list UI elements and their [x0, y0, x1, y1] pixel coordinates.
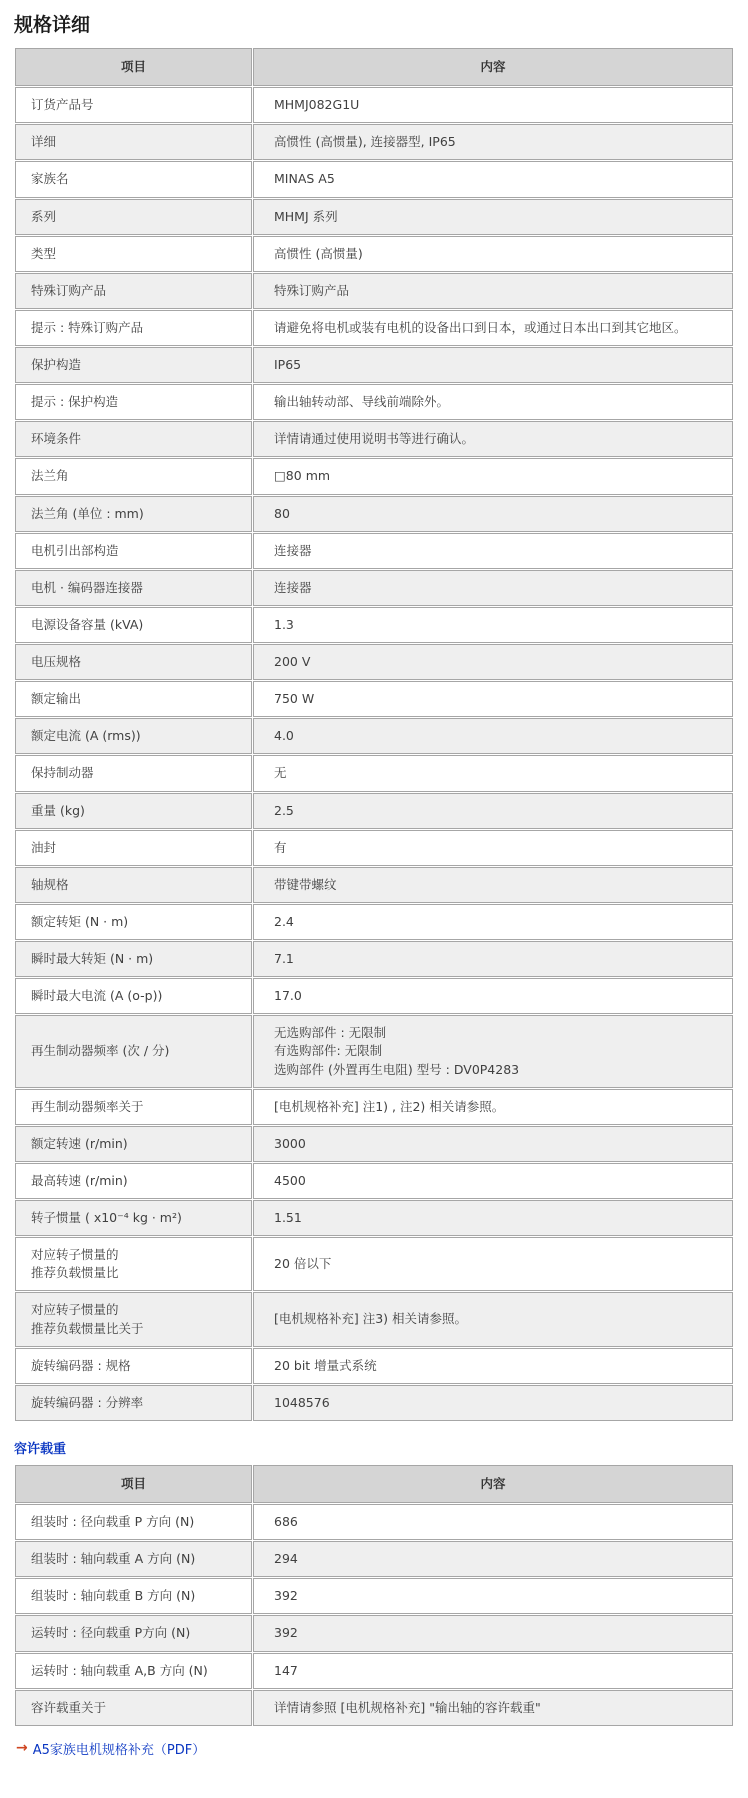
table-row: 订货产品号MHMJ082G1U	[15, 87, 733, 123]
content-value: 686	[253, 1504, 733, 1540]
content-value: 7.1	[253, 941, 733, 977]
item-label: 法兰角 (单位 : mm)	[15, 496, 252, 532]
table-row: 对应转子惯量的推荐负载惯量比关于[电机规格补充] 注3) 相关请参照。	[15, 1292, 733, 1346]
allowable-load-heading: 容许载重	[14, 1438, 734, 1457]
content-value: 高惯性 (高惯量), 连接器型, IP65	[253, 124, 733, 160]
item-label: 旋转编码器 : 分辨率	[15, 1385, 252, 1421]
content-value: 4500	[253, 1163, 733, 1199]
item-label: 转子惯量 ( x10⁻⁴ kg · m²)	[15, 1200, 252, 1236]
item-label: 容许载重关于	[15, 1690, 252, 1726]
content-value: 750 W	[253, 681, 733, 717]
item-label: 家族名	[15, 161, 252, 197]
item-label: 订货产品号	[15, 87, 252, 123]
content-value: 连接器	[253, 533, 733, 569]
content-value: 无	[253, 755, 733, 791]
content-value: 2.5	[253, 793, 733, 829]
table-header-row: 项目 内容	[15, 1465, 733, 1503]
table-row: 提示 : 保护构造输出轴转动部、导线前端除外。	[15, 384, 733, 420]
column-header-content: 内容	[253, 1465, 733, 1503]
content-value: 392	[253, 1615, 733, 1651]
item-label: 再生制动器频率关于	[15, 1089, 252, 1125]
content-value: 详情请通过使用说明书等进行确认。	[253, 421, 733, 457]
item-label: 组装时 : 径向载重 P 方向 (N)	[15, 1504, 252, 1540]
item-label: 电机引出部构造	[15, 533, 252, 569]
item-label: 最高转速 (r/min)	[15, 1163, 252, 1199]
table-row: 电机 · 编码器连接器连接器	[15, 570, 733, 606]
content-value: □80 mm	[253, 458, 733, 494]
item-label: 瞬时最大转矩 (N · m)	[15, 941, 252, 977]
content-value: 17.0	[253, 978, 733, 1014]
item-label: 运转时 : 轴向载重 A,B 方向 (N)	[15, 1653, 252, 1689]
table-row: 组装时 : 轴向载重 B 方向 (N)392	[15, 1578, 733, 1614]
content-value: 请避免将电机或装有电机的设备出口到日本，或通过日本出口到其它地区。	[253, 310, 733, 346]
table-row: 类型高惯性 (高惯量)	[15, 236, 733, 272]
table-row: 保持制动器无	[15, 755, 733, 791]
allowable-load-table: 项目 内容 组装时 : 径向载重 P 方向 (N)686组装时 : 轴向载重 A…	[14, 1464, 734, 1727]
table-row: 再生制动器频率关于[电机规格补充] 注1) , 注2) 相关请参照。	[15, 1089, 733, 1125]
table-row: 最高转速 (r/min)4500	[15, 1163, 733, 1199]
content-value: [电机规格补充] 注1) , 注2) 相关请参照。	[253, 1089, 733, 1125]
item-label: 额定电流 (A (rms))	[15, 718, 252, 754]
table-row: 瞬时最大电流 (A (o-p))17.0	[15, 978, 733, 1014]
table-row: 电压规格200 V	[15, 644, 733, 680]
content-value: 20 倍以下	[253, 1237, 733, 1291]
a5-family-spec-pdf-link[interactable]: A5家族电机规格补充（PDF）	[33, 1739, 206, 1758]
content-value: 带键带螺纹	[253, 867, 733, 903]
content-value: MINAS A5	[253, 161, 733, 197]
table-header-row: 项目 内容	[15, 48, 733, 86]
content-value: 特殊订购产品	[253, 273, 733, 309]
content-value: 1.3	[253, 607, 733, 643]
item-label: 对应转子惯量的推荐负载惯量比关于	[15, 1292, 252, 1346]
table-row: 轴规格带键带螺纹	[15, 867, 733, 903]
table-row: 转子惯量 ( x10⁻⁴ kg · m²)1.51	[15, 1200, 733, 1236]
table-row: 组装时 : 径向载重 P 方向 (N)686	[15, 1504, 733, 1540]
table-row: 瞬时最大转矩 (N · m)7.1	[15, 941, 733, 977]
content-value: 80	[253, 496, 733, 532]
content-value: 1.51	[253, 1200, 733, 1236]
item-label: 法兰角	[15, 458, 252, 494]
table-row: 详细高惯性 (高惯量), 连接器型, IP65	[15, 124, 733, 160]
table-row: 再生制动器频率 (次 / 分)无选购部件 : 无限制有选购部件: 无限制选购部件…	[15, 1015, 733, 1087]
table-row: 家族名MINAS A5	[15, 161, 733, 197]
table-row: 保护构造IP65	[15, 347, 733, 383]
content-value: IP65	[253, 347, 733, 383]
content-value: MHMJ 系列	[253, 199, 733, 235]
page-title: 规格详细	[14, 10, 734, 37]
item-label: 轴规格	[15, 867, 252, 903]
item-label: 电源设备容量 (kVA)	[15, 607, 252, 643]
content-value: 输出轴转动部、导线前端除外。	[253, 384, 733, 420]
content-value: 4.0	[253, 718, 733, 754]
item-label: 保护构造	[15, 347, 252, 383]
arrow-right-icon: →	[16, 1740, 28, 1756]
table-row: 电机引出部构造连接器	[15, 533, 733, 569]
column-header-content: 内容	[253, 48, 733, 86]
item-label: 瞬时最大电流 (A (o-p))	[15, 978, 252, 1014]
item-label: 组装时 : 轴向载重 B 方向 (N)	[15, 1578, 252, 1614]
table-row: 对应转子惯量的推荐负载惯量比20 倍以下	[15, 1237, 733, 1291]
table-row: 运转时 : 径向载重 P方向 (N)392	[15, 1615, 733, 1651]
table-row: 额定电流 (A (rms))4.0	[15, 718, 733, 754]
content-value: [电机规格补充] 注3) 相关请参照。	[253, 1292, 733, 1346]
pdf-link-row: → A5家族电机规格补充（PDF）	[16, 1739, 734, 1758]
table-row: 重量 (kg)2.5	[15, 793, 733, 829]
table-row: 额定转矩 (N · m)2.4	[15, 904, 733, 940]
item-label: 特殊订购产品	[15, 273, 252, 309]
content-value: 294	[253, 1541, 733, 1577]
content-value: 392	[253, 1578, 733, 1614]
item-label: 重量 (kg)	[15, 793, 252, 829]
item-label: 再生制动器频率 (次 / 分)	[15, 1015, 252, 1087]
table-row: 电源设备容量 (kVA)1.3	[15, 607, 733, 643]
item-label: 提示 : 特殊订购产品	[15, 310, 252, 346]
item-label: 对应转子惯量的推荐负载惯量比	[15, 1237, 252, 1291]
item-label: 类型	[15, 236, 252, 272]
content-value: 高惯性 (高惯量)	[253, 236, 733, 272]
table-row: 额定输出750 W	[15, 681, 733, 717]
spec-detail-table: 项目 内容 订货产品号MHMJ082G1U详细高惯性 (高惯量), 连接器型, …	[14, 47, 734, 1422]
item-label: 运转时 : 径向载重 P方向 (N)	[15, 1615, 252, 1651]
column-header-item: 项目	[15, 48, 252, 86]
item-label: 详细	[15, 124, 252, 160]
content-value: 20 bit 增量式系统	[253, 1348, 733, 1384]
content-value: 无选购部件 : 无限制有选购部件: 无限制选购部件 (外置再生电阻) 型号 : …	[253, 1015, 733, 1087]
table-row: 法兰角□80 mm	[15, 458, 733, 494]
item-label: 额定转速 (r/min)	[15, 1126, 252, 1162]
table-row: 运转时 : 轴向载重 A,B 方向 (N)147	[15, 1653, 733, 1689]
content-value: 3000	[253, 1126, 733, 1162]
table-row: 特殊订购产品特殊订购产品	[15, 273, 733, 309]
content-value: 2.4	[253, 904, 733, 940]
table-row: 额定转速 (r/min)3000	[15, 1126, 733, 1162]
item-label: 旋转编码器 : 规格	[15, 1348, 252, 1384]
item-label: 提示 : 保护构造	[15, 384, 252, 420]
content-value: MHMJ082G1U	[253, 87, 733, 123]
item-label: 系列	[15, 199, 252, 235]
table-row: 法兰角 (单位 : mm)80	[15, 496, 733, 532]
table-row: 系列MHMJ 系列	[15, 199, 733, 235]
table-row: 旋转编码器 : 规格20 bit 增量式系统	[15, 1348, 733, 1384]
item-label: 额定输出	[15, 681, 252, 717]
item-label: 组装时 : 轴向载重 A 方向 (N)	[15, 1541, 252, 1577]
content-value: 详情请参照 [电机规格补充] "输出轴的容许载重"	[253, 1690, 733, 1726]
content-value: 147	[253, 1653, 733, 1689]
content-value: 200 V	[253, 644, 733, 680]
content-value: 连接器	[253, 570, 733, 606]
table-row: 提示 : 特殊订购产品请避免将电机或装有电机的设备出口到日本，或通过日本出口到其…	[15, 310, 733, 346]
item-label: 额定转矩 (N · m)	[15, 904, 252, 940]
table-row: 旋转编码器 : 分辨率1048576	[15, 1385, 733, 1421]
table-row: 环境条件详情请通过使用说明书等进行确认。	[15, 421, 733, 457]
column-header-item: 项目	[15, 1465, 252, 1503]
table-row: 组装时 : 轴向载重 A 方向 (N)294	[15, 1541, 733, 1577]
item-label: 环境条件	[15, 421, 252, 457]
item-label: 保持制动器	[15, 755, 252, 791]
item-label: 电压规格	[15, 644, 252, 680]
item-label: 电机 · 编码器连接器	[15, 570, 252, 606]
table-row: 油封有	[15, 830, 733, 866]
item-label: 油封	[15, 830, 252, 866]
spec-page: 规格详细 项目 内容 订货产品号MHMJ082G1U详细高惯性 (高惯量), 连…	[0, 0, 748, 1798]
table-row: 容许载重关于详情请参照 [电机规格补充] "输出轴的容许载重"	[15, 1690, 733, 1726]
content-value: 1048576	[253, 1385, 733, 1421]
content-value: 有	[253, 830, 733, 866]
